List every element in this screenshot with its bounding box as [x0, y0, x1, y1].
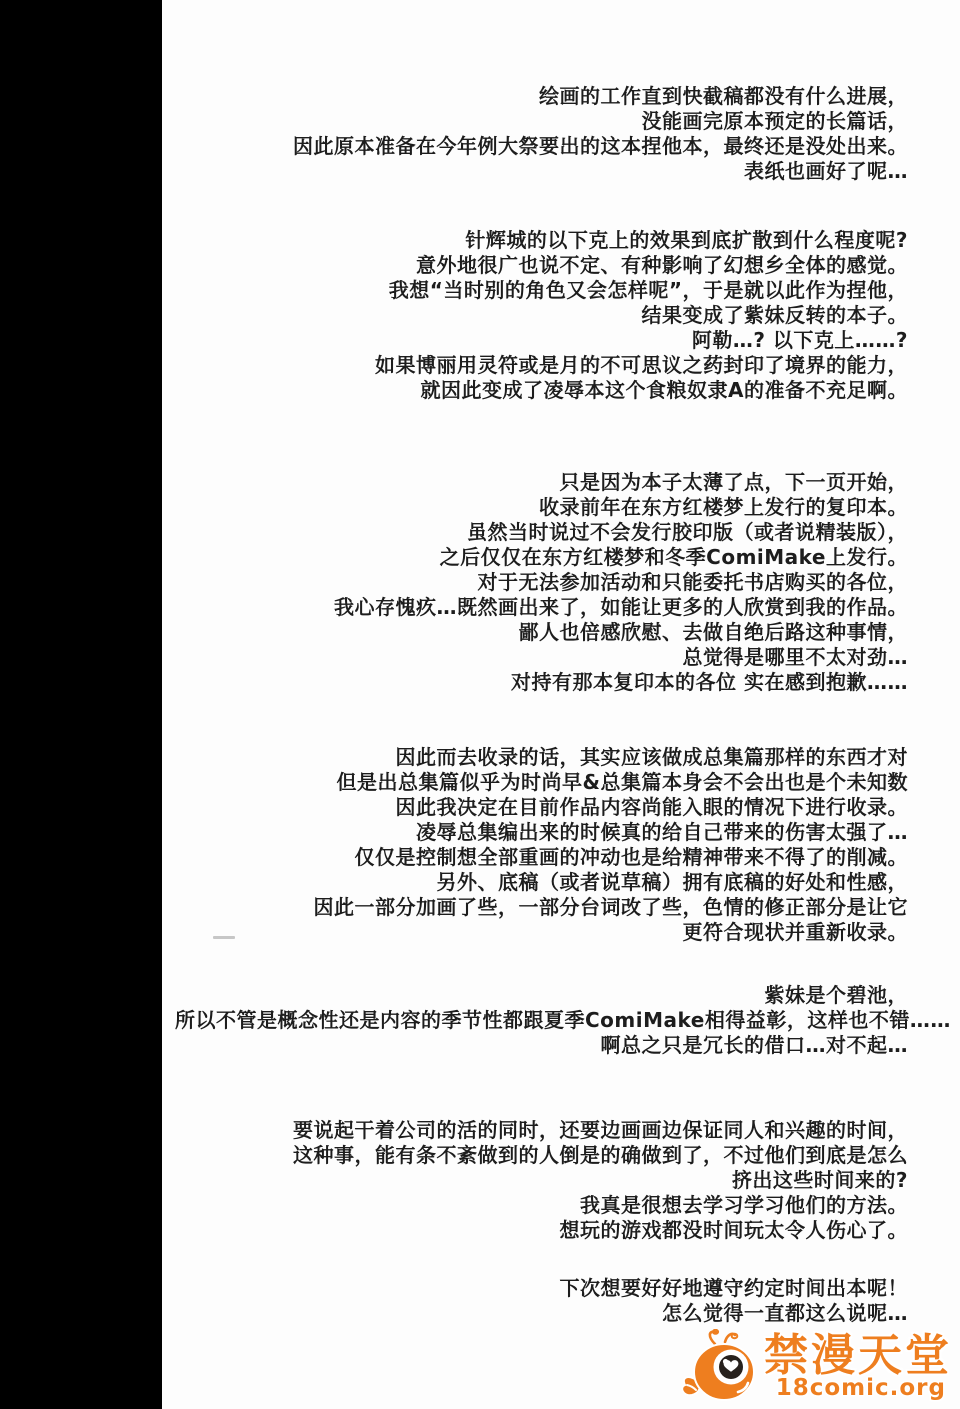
text-line: 更符合现状并重新收录。 [175, 920, 908, 945]
text-line: 总觉得是哪里不太对劲… [175, 645, 908, 670]
text-line: 因此我决定在目前作品内容尚能入眼的情况下进行收录。 [175, 795, 908, 820]
scanned-afterword-page: 绘画的工作直到快截稿都没有什么进展，没能画完原本预定的长篇话，因此原本准备在今年… [0, 0, 960, 1409]
text-line: 如果博丽用灵符或是月的不可思议之药封印了境界的能力， [175, 353, 908, 378]
watermark-text: 禁漫天堂 18comic.org [764, 1334, 952, 1400]
orange-whale-mascot-icon [680, 1329, 762, 1405]
text-line: 下次想要好好地遵守约定时间出本呢！ [175, 1276, 908, 1301]
text-line: 意外地很广也说不定、有种影响了幻想乡全体的感觉。 [175, 253, 908, 278]
text-line: 对持有那本复印本的各位 实在感到抱歉…… [175, 670, 908, 695]
text-line: 我心存愧疚…既然画出来了，如能让更多的人欣赏到我的作品。 [175, 595, 908, 620]
site-watermark: 禁漫天堂 18comic.org [680, 1329, 952, 1405]
scan-artifact-dash [213, 936, 235, 939]
text-line: 因此原本准备在今年例大祭要出的这本捏他本，最终还是没处出来。 [175, 134, 908, 159]
text-line: 啊总之只是冗长的借口…对不起… [175, 1033, 908, 1058]
page-left-black-border [0, 0, 162, 1409]
text-line: 对于无法参加活动和只能委托书店购买的各位， [175, 570, 908, 595]
afterword-paragraph: 针辉城的以下克上的效果到底扩散到什么程度呢?意外地很广也说不定、有种影响了幻想乡… [175, 228, 908, 403]
text-line: 就因此变成了凌辱本这个食粮奴隶A的准备不充足啊。 [175, 378, 908, 403]
afterword-paragraph: 因此而去收录的话，其实应该做成总集篇那样的东西才对但是出总集篇似乎为时尚早&总集… [175, 745, 908, 945]
text-line: 但是出总集篇似乎为时尚早&总集篇本身会不会出也是个未知数 [175, 770, 908, 795]
text-line: 怎么觉得一直都这么说呢… [175, 1301, 908, 1326]
text-line: 虽然当时说过不会发行胶印版（或者说精装版）， [175, 520, 908, 545]
text-line: 之后仅仅在东方红楼梦和冬季ComiMake上发行。 [175, 545, 908, 570]
afterword-paragraph: 只是因为本子太薄了点，下一页开始，收录前年在东方红楼梦上发行的复印本。虽然当时说… [175, 470, 908, 695]
text-line: 紫妹是个碧池， [175, 983, 908, 1008]
text-line: 因此而去收录的话，其实应该做成总集篇那样的东西才对 [175, 745, 908, 770]
text-line: 想玩的游戏都没时间玩太令人伤心了。 [175, 1218, 908, 1243]
site-name: 禁漫天堂 [764, 1334, 952, 1378]
text-line: 仅仅是控制想全部重画的冲动也是给精神带来不得了的削减。 [175, 845, 908, 870]
text-line: 收录前年在东方红楼梦上发行的复印本。 [175, 495, 908, 520]
text-line: 表纸也画好了呢… [175, 159, 908, 184]
text-line: 我真是很想去学习学习他们的方法。 [175, 1193, 908, 1218]
text-line: 另外、底稿（或者说草稿）拥有底稿的好处和性感， [175, 870, 908, 895]
text-line: 没能画完原本预定的长篇话， [175, 109, 908, 134]
text-line: 凌辱总集编出来的时候真的给自己带来的伤害太强了… [175, 820, 908, 845]
text-line: 阿勒…? 以下克上……? [175, 328, 908, 353]
text-line: 我想“当时别的角色又会怎样呢”，于是就以此作为捏他， [175, 278, 908, 303]
text-line: 挤出这些时间来的? [175, 1168, 908, 1193]
afterword-paragraph: 紫妹是个碧池，所以不管是概念性还是内容的季节性都跟夏季ComiMake相得益彰，… [175, 983, 908, 1058]
afterword-paragraph: 要说起干着公司的活的同时，还要边画画边保证同人和兴趣的时间，这种事，能有条不紊做… [175, 1118, 908, 1243]
text-line: 针辉城的以下克上的效果到底扩散到什么程度呢? [175, 228, 908, 253]
site-url: 18comic.org [776, 1376, 946, 1400]
text-line: 因此一部分加画了些，一部分台词改了些，色情的修正部分是让它 [175, 895, 908, 920]
text-line: 绘画的工作直到快截稿都没有什么进展， [175, 84, 908, 109]
text-line: 只是因为本子太薄了点，下一页开始， [175, 470, 908, 495]
text-line: 要说起干着公司的活的同时，还要边画画边保证同人和兴趣的时间， [175, 1118, 908, 1143]
text-line: 这种事，能有条不紊做到的人倒是的确做到了，不过他们到底是怎么 [175, 1143, 908, 1168]
afterword-paragraph: 下次想要好好地遵守约定时间出本呢！怎么觉得一直都这么说呢… [175, 1276, 908, 1326]
text-line: 鄙人也倍感欣慰、去做自绝后路这种事情， [175, 620, 908, 645]
text-line: 结果变成了紫妹反转的本子。 [175, 303, 908, 328]
afterword-paragraph: 绘画的工作直到快截稿都没有什么进展，没能画完原本预定的长篇话，因此原本准备在今年… [175, 84, 908, 184]
text-line: 所以不管是概念性还是内容的季节性都跟夏季ComiMake相得益彰，这样也不错…… [175, 1008, 908, 1033]
